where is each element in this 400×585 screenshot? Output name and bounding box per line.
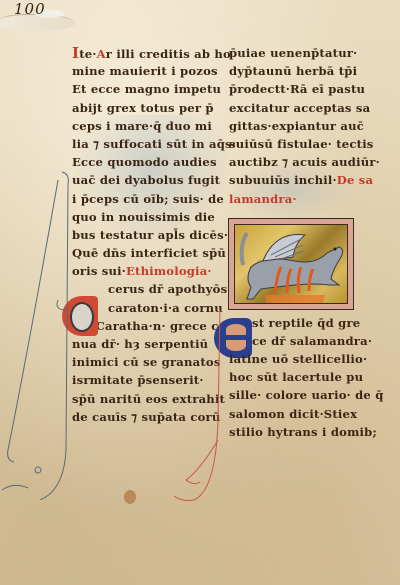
text-line: mine mauierit i pozos [72,62,220,80]
text-line: stilio hytrans i domib; [229,423,374,441]
text-line: abijt grex totus per p̄ [72,99,220,117]
right-text-column: p̄uiae uenenp̄tatur· dyp̄taunū herbā tp̄… [229,44,369,208]
rubric-de-salamandra: De sa [337,173,374,187]
gold-ground [234,224,348,304]
text-line: ceps i mare·q̄ duo mi [72,117,220,135]
text-line: latine uō stellicellio· [229,350,374,368]
text-line: IIte·Ar illi creditis ab hote·Ar illi cr… [72,44,220,62]
text-line: hoc sūt lacertule pu [229,368,374,386]
line-text: oris sui· [72,264,126,278]
rubric-ethimologia: Ethimologia· [126,264,212,278]
text-line: gittas·expiantur auc̄ [229,117,369,135]
text-line: dyp̄taunū herbā tp̄i [229,62,369,80]
line-text: te·Ar illi creditis ab ho [79,47,231,61]
text-line: excitatur acceptas sa [229,99,369,117]
right-text-continuation: st reptile q̄d gre ce dr̄ salamandra· [252,314,382,350]
manuscript-page: 100 IIte·Ar illi creditis ab hote·Ar ill… [0,0,400,585]
text-line: quo in nouissimis die [72,208,220,226]
folio-number: 100 [14,0,46,18]
text-line: sille· colore uario· de q̄ [229,386,374,404]
line-text: subuuiūs inchil· [229,173,337,187]
text-line: salomon dicit·Stiex [229,405,374,423]
text-line: Et ecce magno impetu [72,80,220,98]
text-line: i p̄ceps cū oīb; suis· de [72,190,220,208]
ink-stain [124,490,136,504]
text-line: p̄uiae uenenp̄tatur· [229,44,369,62]
text-line: Ecce quomodo audies [72,153,220,171]
right-text-lower: latine uō stellicellio· hoc sūt lacertul… [229,350,374,441]
text-line: p̄rodectt·Rā eī pastu [229,80,369,98]
salamander-figure [235,225,348,304]
red-letter: A [97,47,106,61]
text-line: bus testatur apl̄s dicēs· [72,226,220,244]
text-line: oris sui·Ethimologia· [72,262,220,280]
text-line: Quē dn̄s interficiet sp̄ū [72,244,220,262]
text-line: ce dr̄ salamandra· [252,332,382,350]
rubric-salamandra-continued: lamandra· [229,190,369,208]
text-line: lia ⁊ suffocati sūt in aq̄s· [72,135,220,153]
red-penwork-flourish [170,300,230,510]
text-line: subuuiūs inchil·De sa [229,171,369,189]
left-penwork-flourish [0,160,80,500]
text-line: st reptile q̄d gre [252,314,382,332]
text-line: uac̄ dei dyabolus fugit [72,171,220,189]
salamander-miniature [228,218,354,310]
text-line: auctibz ⁊ acuis audiūr· [229,153,369,171]
text-line: suiūsū fistulae· tectis [229,135,369,153]
